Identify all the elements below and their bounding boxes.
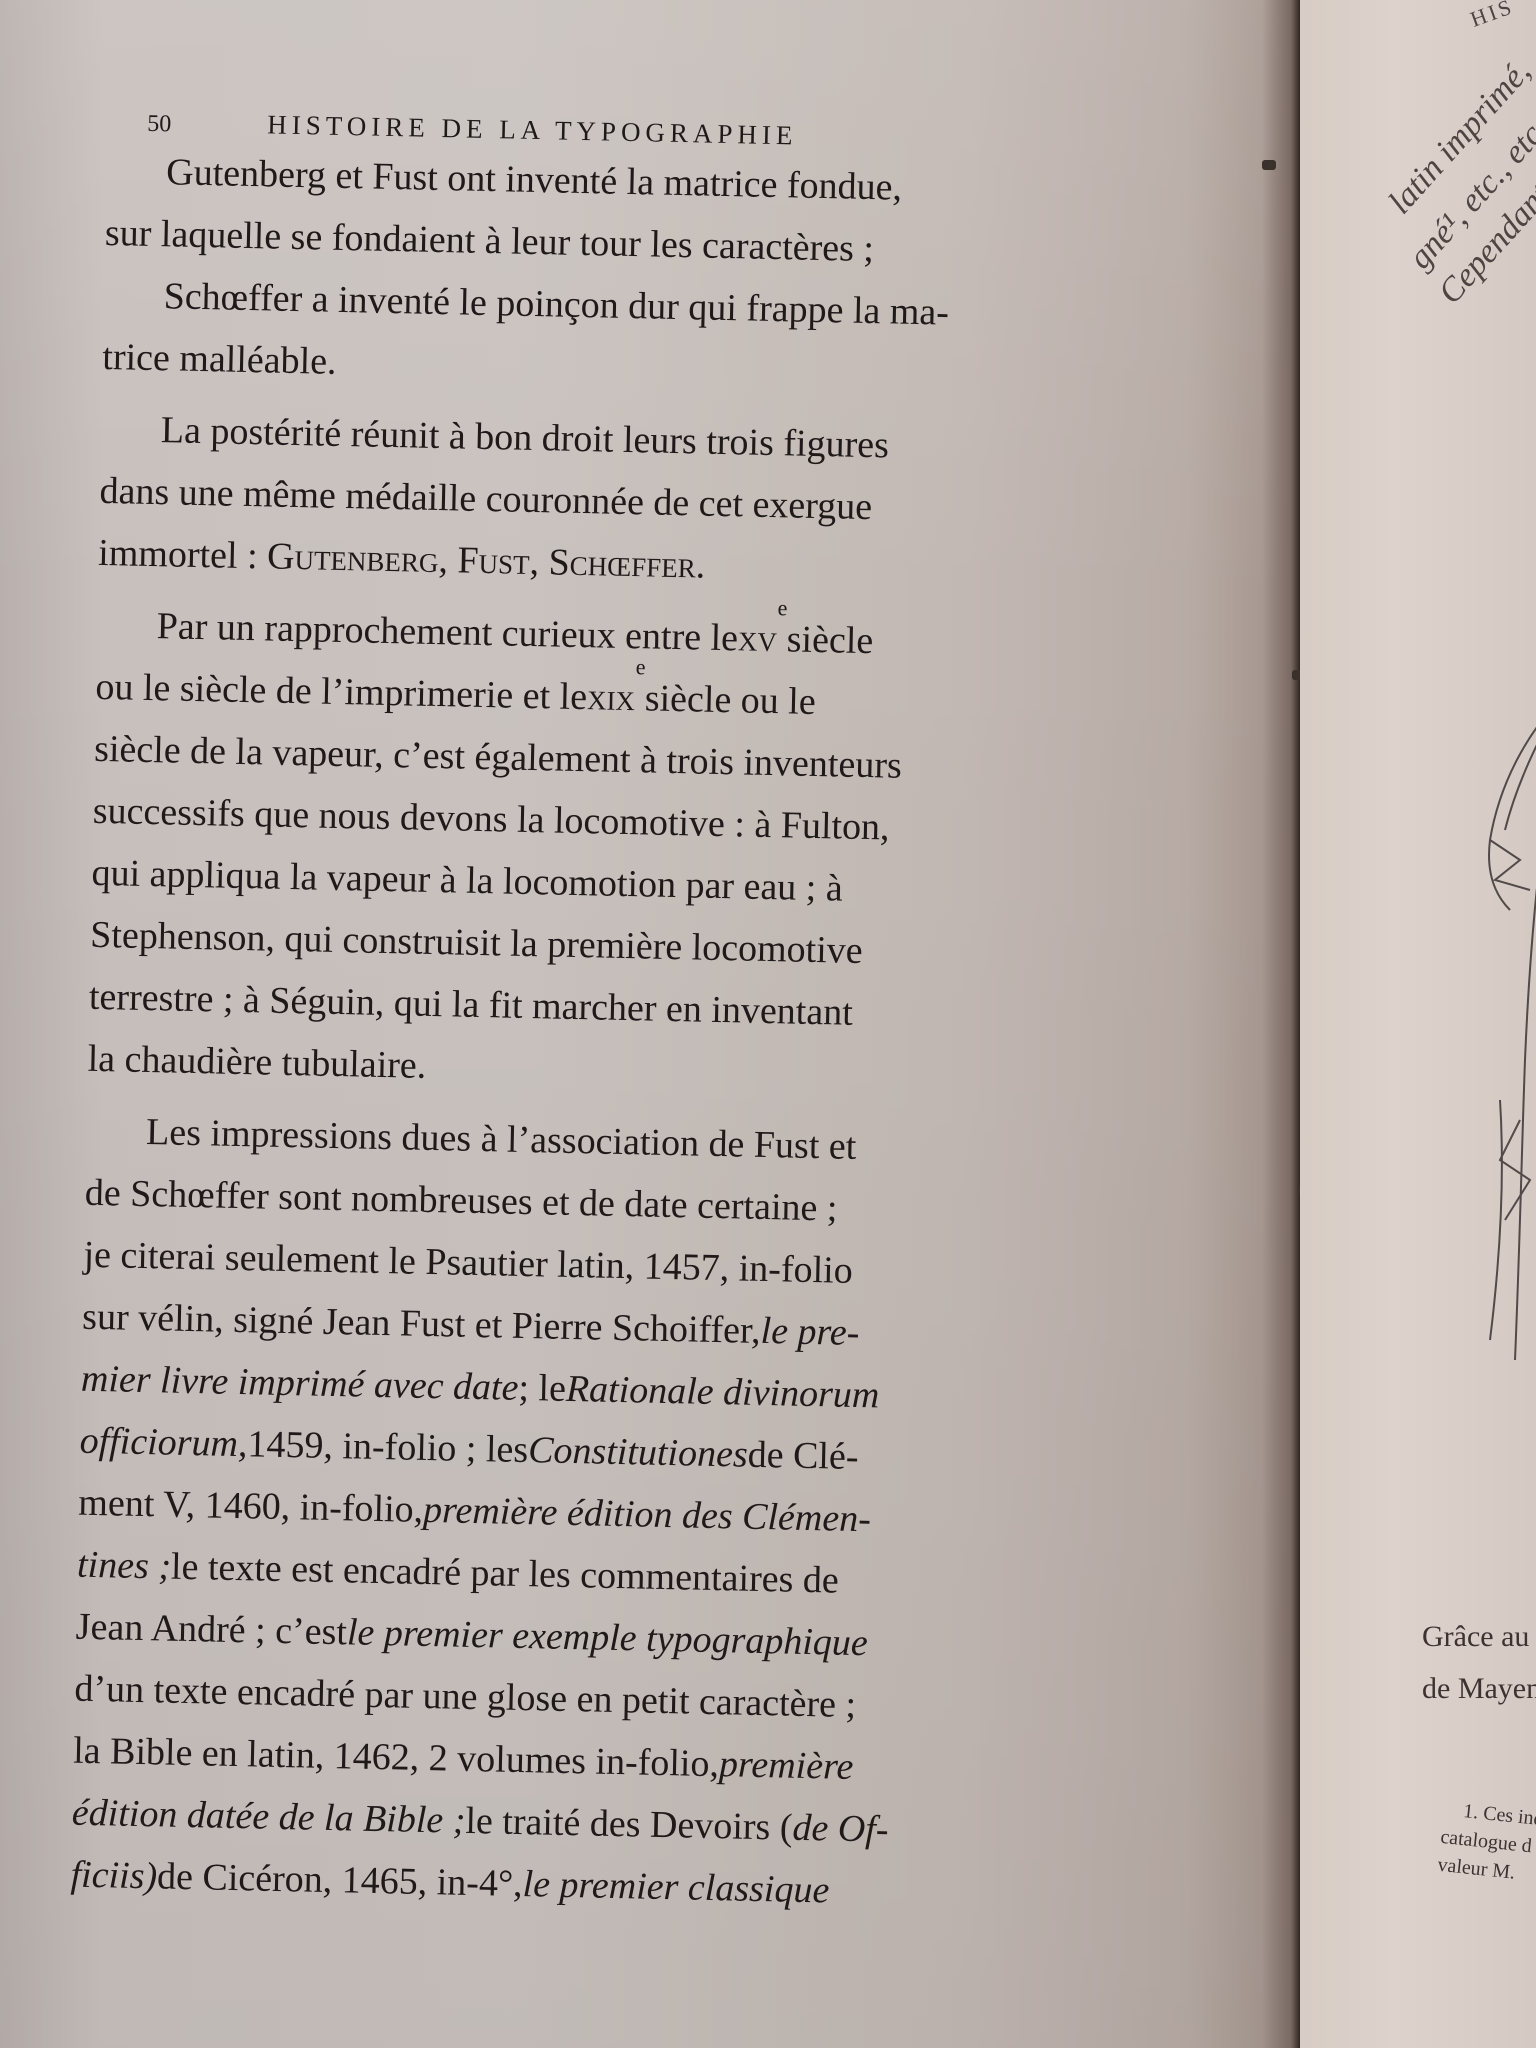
right-caption-line: Grâce au: [1422, 1620, 1529, 1654]
right-running-head-fragment: HIS: [1467, 0, 1518, 33]
inventor-names: Gutenberg, Fust, Schœffer.: [266, 525, 705, 596]
right-caption-line: de Mayen: [1422, 1672, 1536, 1706]
page-text-block: 50 HISTOIRE DE LA TYPOGRAPHIE Gutenberg …: [70, 90, 898, 1922]
left-book-page: 50 HISTOIRE DE LA TYPOGRAPHIE Gutenberg …: [0, 0, 1290, 2048]
running-head: 50 HISTOIRE DE LA TYPOGRAPHIE: [107, 90, 898, 151]
binding-thread-knot: [1262, 160, 1276, 170]
right-footnote: 1. Ces ind catalogue d valeur M.: [1436, 1795, 1536, 1889]
pen-sketch-illustration-icon: [1460, 640, 1536, 1400]
right-book-page: HIS latin imprimé, gné¹, etc., etc. Cepe…: [1300, 0, 1536, 2048]
